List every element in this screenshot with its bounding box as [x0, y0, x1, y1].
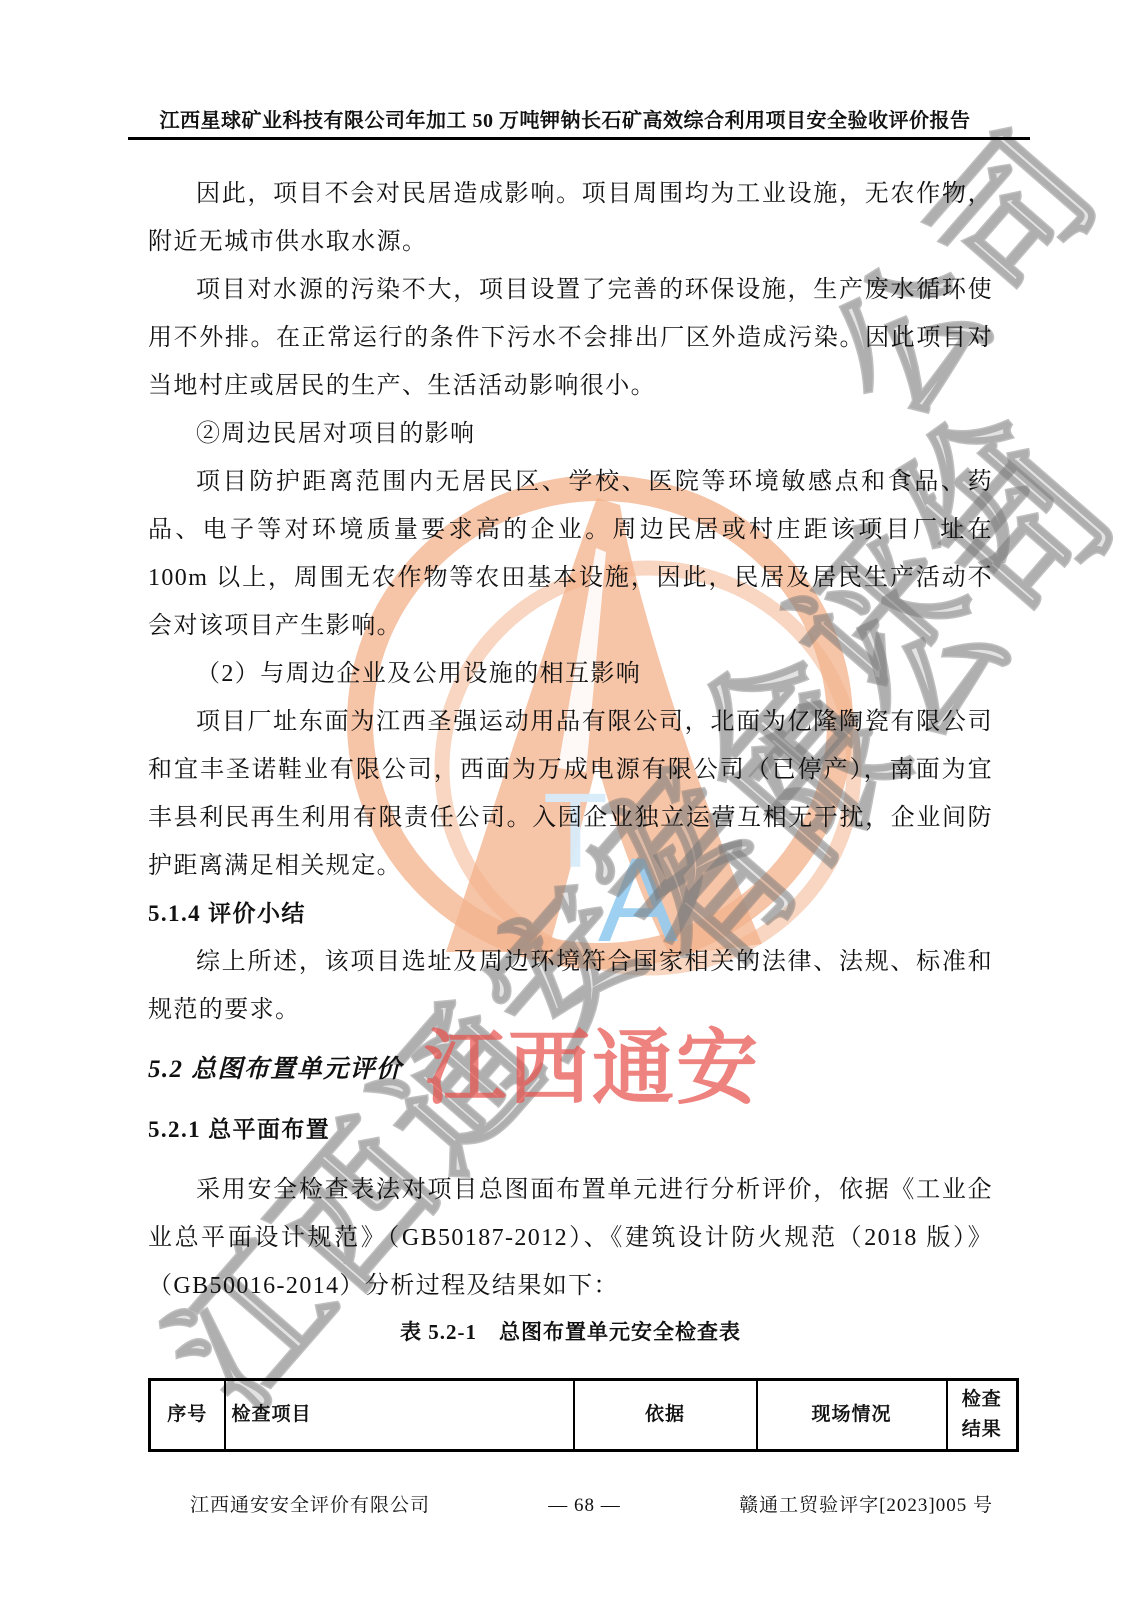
paragraph-2: 项目对水源的污染不大，项目设置了完善的环保设施，生产废水循环使用不外排。在正常运… [148, 266, 993, 410]
page-footer: 江西通安安全评价有限公司 — 68 — 赣通工贸验评字[2023]005 号 [148, 1490, 993, 1517]
table-header-row: 序号 检查项目 依据 现场情况 检查结果 [150, 1380, 1018, 1451]
paragraph-5: （2）与周边企业及公用设施的相互影响 [148, 650, 993, 698]
paragraph-8: 采用安全检查表法对项目总图面布置单元进行分析评价，依据《工业企业总平面设计规范》… [148, 1166, 993, 1310]
heading-5-2-1: 5.2.1 总平面布置 [148, 1106, 993, 1154]
col-header-check-item: 检查项目 [225, 1380, 574, 1451]
col-header-basis: 依据 [574, 1380, 757, 1451]
footer-page-number: — 68 — [548, 1495, 621, 1517]
document-content: 江西星球矿业科技有限公司年加工 50 万吨钾钠长石矿高效综合利用项目安全验收评价… [0, 0, 1129, 1600]
document-page: T A 江西通安安全评价 有限公司 公司 江西通安 江西星球矿业科技有限公司年加… [0, 0, 1129, 1600]
page-header-title: 江西星球矿业科技有限公司年加工 50 万吨钾钠长石矿高效综合利用项目安全验收评价… [75, 104, 1055, 133]
body-text: 因此，项目不会对民居造成影响。项目周围均为工业设施，无农作物，附近无城市供水取水… [148, 170, 993, 1354]
table-caption: 表 5.2-1 总图布置单元安全检查表 [148, 1310, 993, 1354]
col-header-check-result: 检查结果 [947, 1380, 1018, 1451]
paragraph-7: 综上所述，该项目选址及周边环境符合国家相关的法律、法规、标准和规范的要求。 [148, 938, 993, 1034]
header-rule [128, 137, 1030, 140]
footer-doc-number: 赣通工贸验评字[2023]005 号 [739, 1490, 993, 1517]
col-header-seq: 序号 [150, 1380, 225, 1451]
heading-5-1-4: 5.1.4 评价小结 [148, 890, 993, 938]
paragraph-3: ②周边民居对项目的影响 [148, 410, 993, 458]
footer-company: 江西通安安全评价有限公司 [148, 1490, 430, 1517]
paragraph-1: 因此，项目不会对民居造成影响。项目周围均为工业设施，无农作物，附近无城市供水取水… [148, 170, 993, 266]
col-header-site-condition: 现场情况 [757, 1380, 947, 1451]
paragraph-6: 项目厂址东面为江西圣强运动用品有限公司，北面为亿隆陶瓷有限公司和宜丰圣诺鞋业有限… [148, 698, 993, 890]
safety-check-table: 序号 检查项目 依据 现场情况 检查结果 [148, 1378, 1019, 1452]
heading-5-2: 5.2 总图布置单元评价 [148, 1042, 993, 1098]
paragraph-4: 项目防护距离范围内无居民区、学校、医院等环境敏感点和食品、药品、电子等对环境质量… [148, 458, 993, 650]
